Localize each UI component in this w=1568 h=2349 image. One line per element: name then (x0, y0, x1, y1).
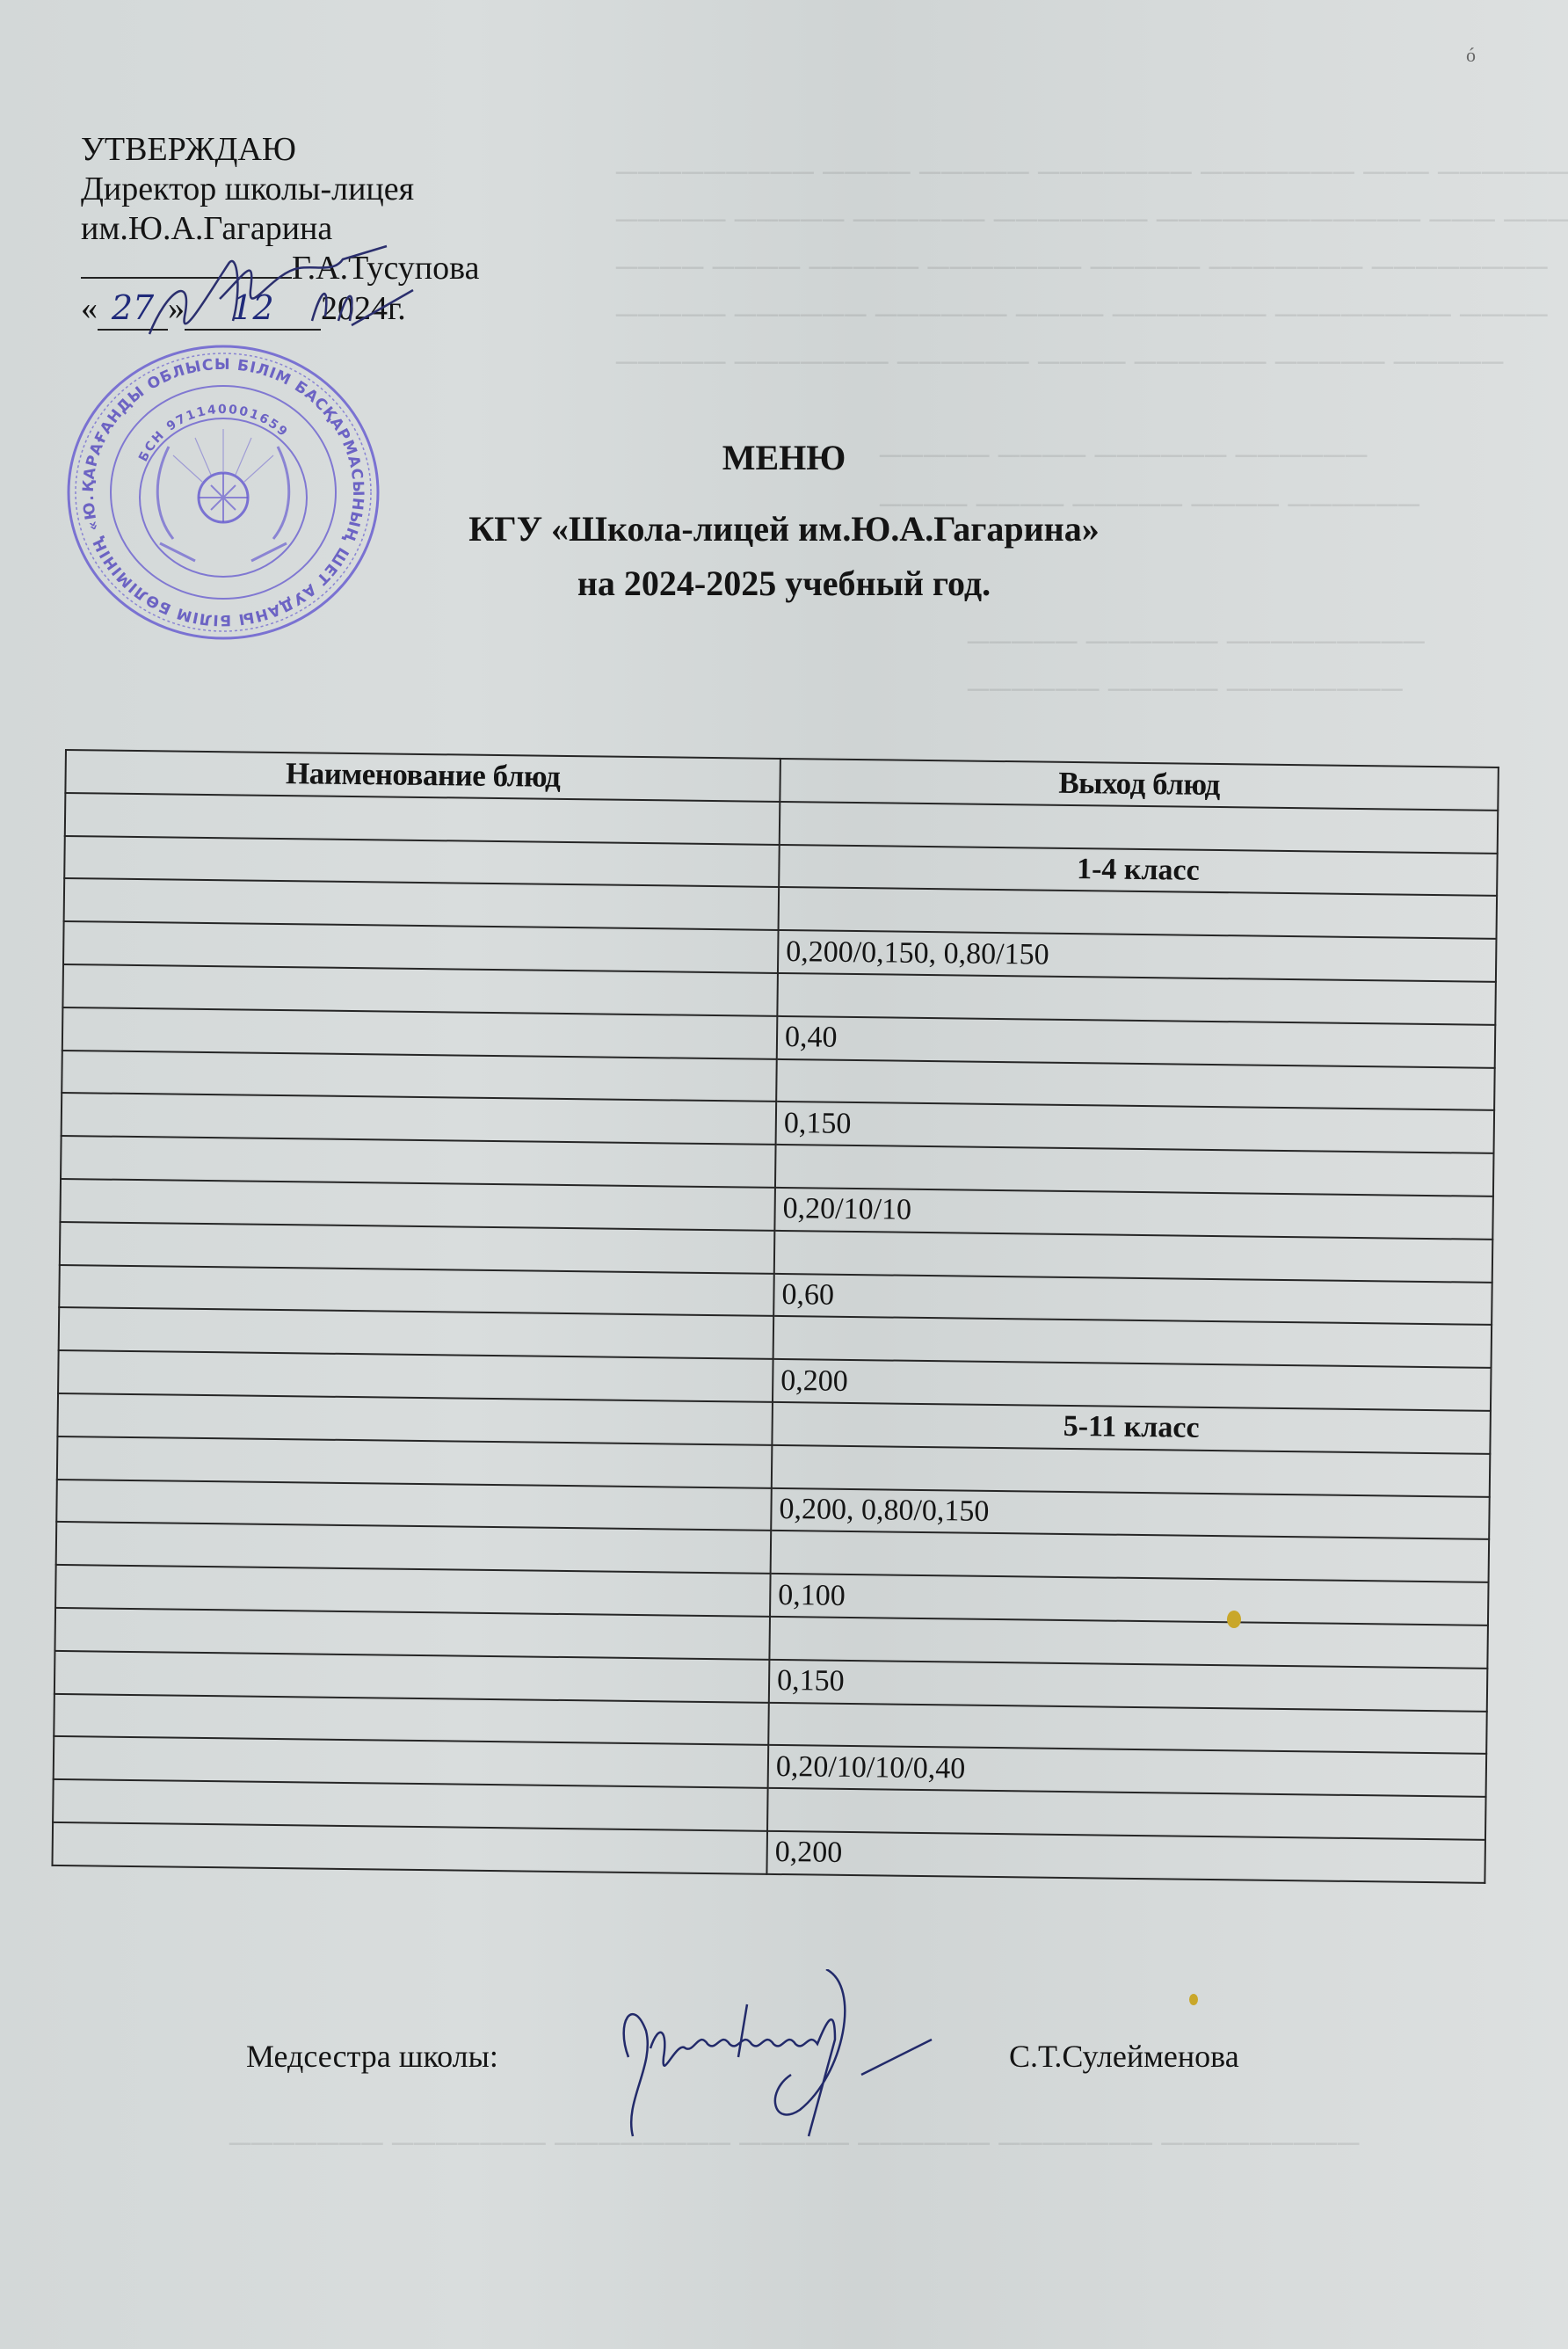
nurse-signature (598, 1969, 1037, 2145)
organization-title: КГУ «Школа-лицей им.Ю.А.Гагарина» (0, 508, 1568, 549)
paper-speck (1189, 1994, 1198, 2005)
dish-name-cell (52, 1822, 767, 1874)
paper-speck (1227, 1611, 1241, 1628)
academic-year-title: на 2024-2025 учебный год. (0, 563, 1568, 604)
menu-table: Наименование блюд Выход блюд 1-4 класс0,… (51, 749, 1499, 1884)
dish-yield-cell: 0,200 (766, 1831, 1485, 1883)
page-title: МЕНЮ (0, 437, 1568, 478)
nurse-name: С.Т.Сулейменова (1009, 2038, 1239, 2075)
menu-table-body: 1-4 класс0,200/0,150, 0,80/1500,400,1500… (52, 793, 1498, 1883)
date-open-quote: « (81, 290, 98, 327)
page-mark: ó (1466, 44, 1476, 67)
approval-heading: УТВЕРЖДАЮ (81, 130, 479, 170)
approval-position-line1: Директор школы-лицея (81, 170, 479, 209)
nurse-label: Медсестра школы: (246, 2038, 498, 2075)
